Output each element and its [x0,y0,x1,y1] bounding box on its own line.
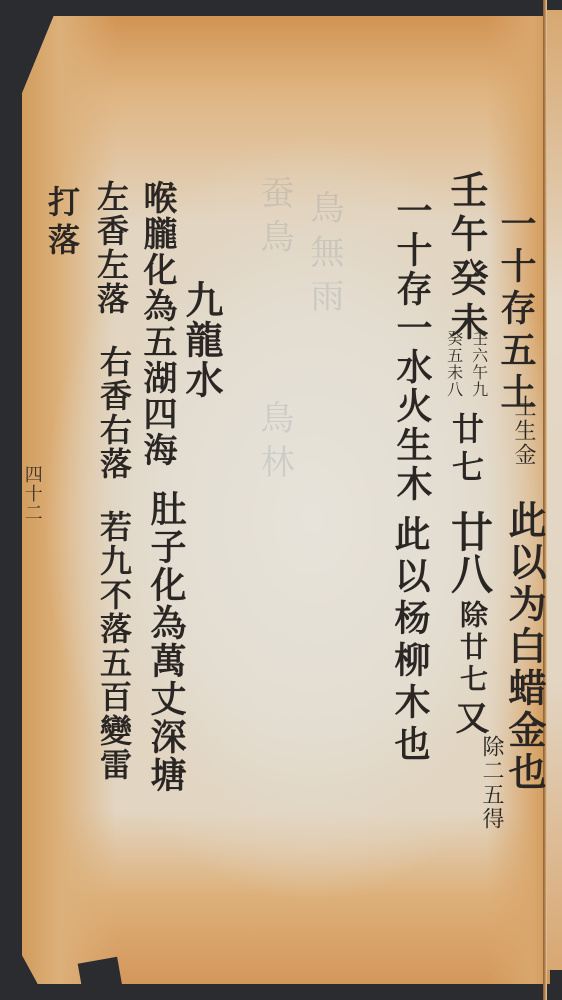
column-7: 九龍水 [182,280,220,400]
column-2-interlinear-left: 癸五未八 [445,330,463,398]
column-8: 喉朧化為五湖四海 [140,180,174,468]
column-6: 此以杨柳木也 [392,515,428,767]
column-2: 壬午癸未 [447,170,485,346]
column-9: 左香左落 [95,180,127,316]
column-5-sub: 除廿七 [458,600,486,696]
column-2-interlinear-right: 壬六午九 [470,330,488,398]
next-page-edge [547,10,562,970]
column-5-sub2: 又 [452,700,486,740]
column-1: 一十存五土 [498,205,534,415]
bleed-through-text: 鳥林 [250,400,299,488]
column-8-continuation: 肚子化為萬丈深塘 [148,490,184,794]
column-3: 一十存一水火生木 [394,192,430,504]
column-9-continuation: 右香右落 [98,345,130,481]
folio-mark: 四十二 [22,465,42,522]
bleed-through-text: 鳥無雨 [300,190,349,322]
column-4: 此以为白蜡金也 [505,500,543,794]
manuscript-page [22,16,550,984]
torn-corner [78,957,123,993]
column-10-heading: 打落 [46,185,78,261]
column-9-continuation-2: 若九不落五百變雷 [98,510,130,782]
column-5: 廿八 [448,510,490,594]
bleed-through-text: 蚕鳥 [250,175,299,263]
column-1-annotation: 土生金 [512,395,534,467]
column-5-sub3: 除二五得 [480,735,502,831]
column-2-tail: 廿七 [450,412,482,488]
